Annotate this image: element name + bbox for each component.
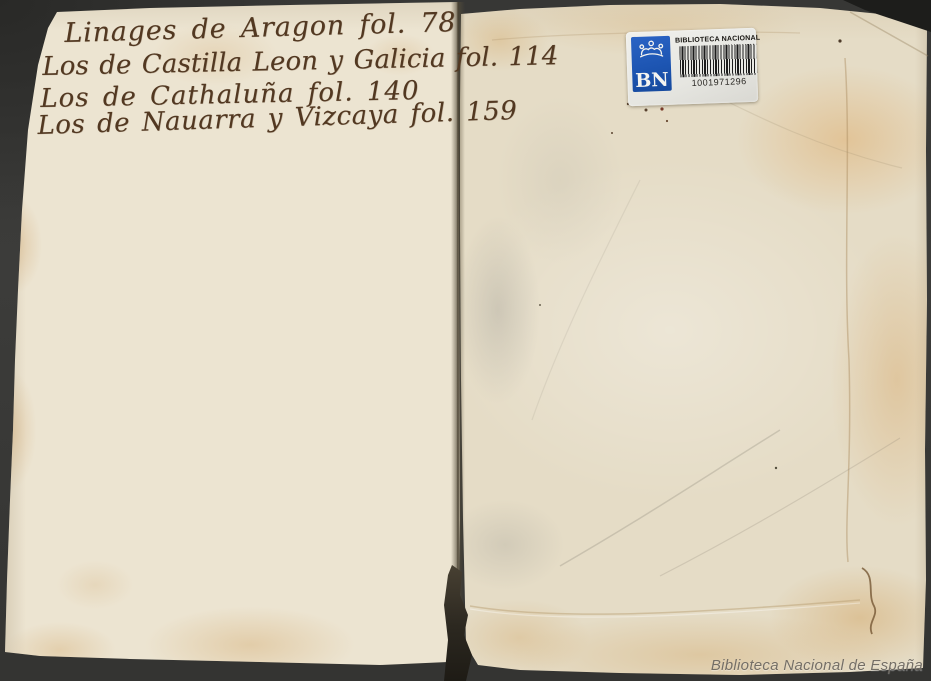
library-barcode-sticker: BN BIBLIOTECA NACIONAL 1001971296 bbox=[626, 28, 759, 106]
barcode-number: 1001971296 bbox=[691, 76, 746, 88]
bn-logo: BN bbox=[631, 36, 672, 92]
watermark-text: Biblioteca Nacional de España bbox=[711, 657, 923, 674]
book-scan: Linages de Aragon fol. 78 Los de Castill… bbox=[0, 0, 931, 681]
barcode bbox=[679, 44, 757, 78]
bn-logo-text: BN bbox=[635, 70, 669, 91]
crown-icon bbox=[636, 39, 667, 61]
sticker-right-panel: BIBLIOTECA NACIONAL 1001971296 bbox=[675, 33, 762, 89]
